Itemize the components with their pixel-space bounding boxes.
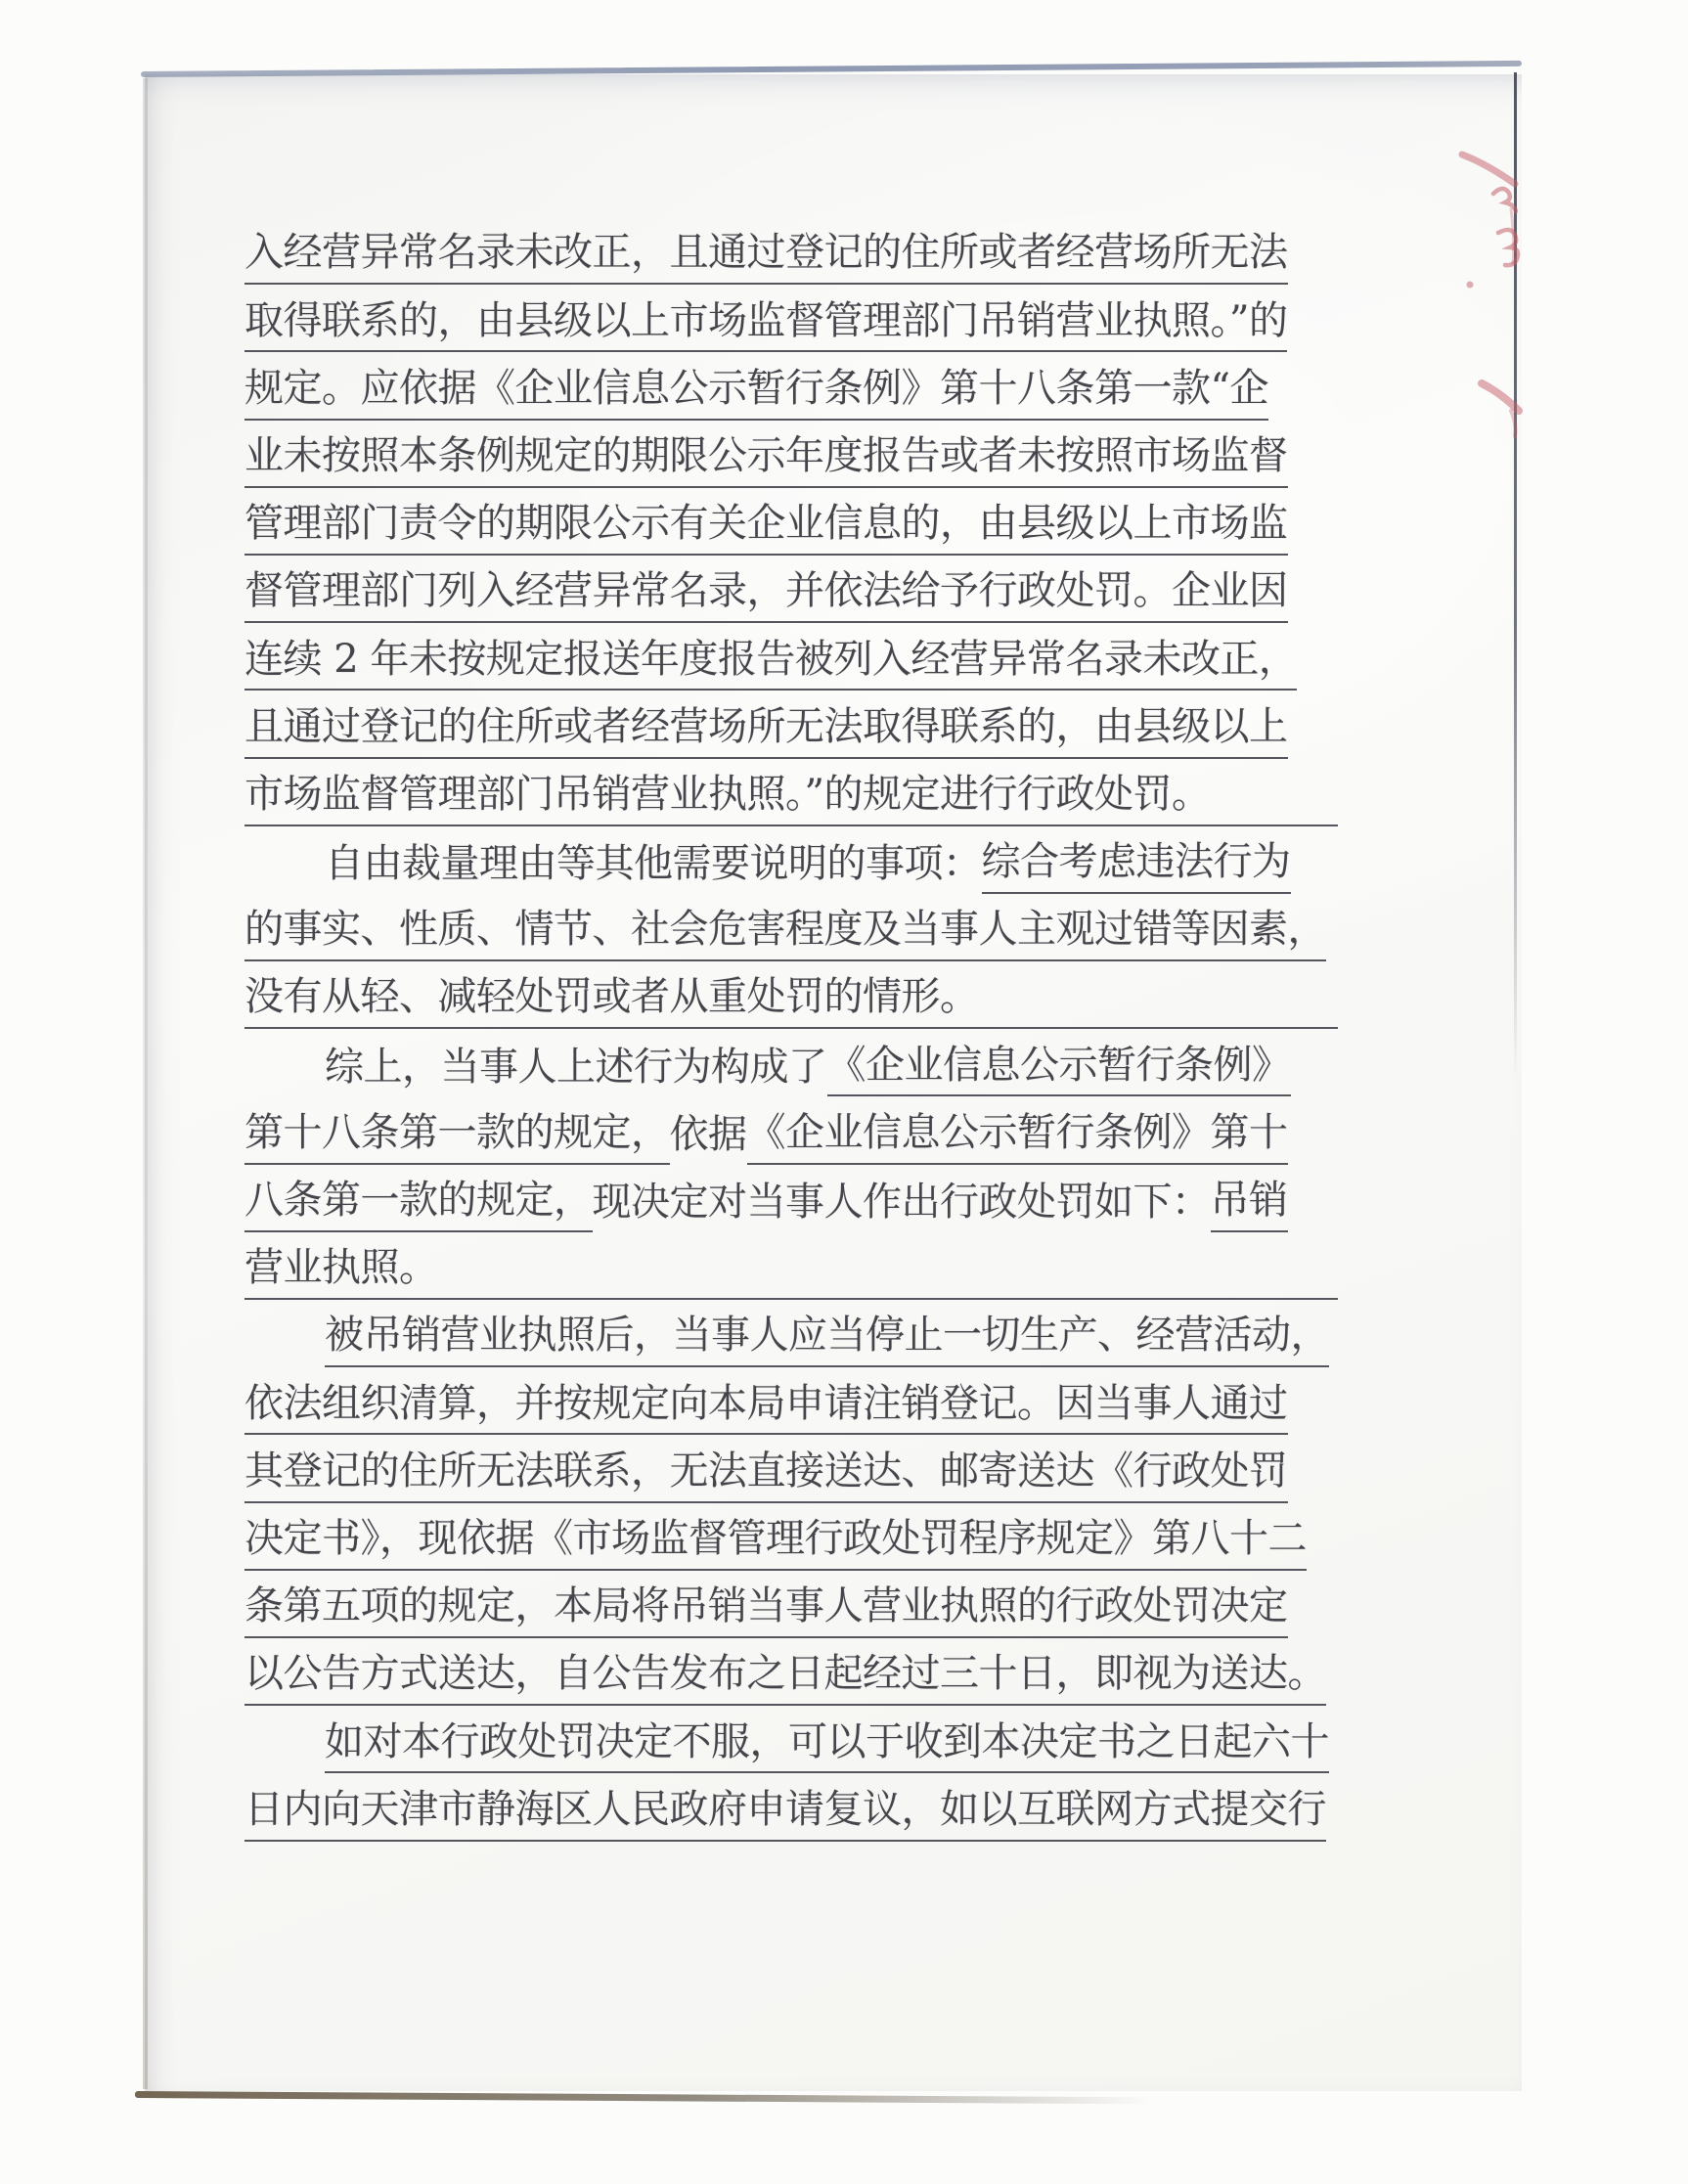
text-line-16: 营业执照。 [244,1232,1338,1300]
filled-underlined-text: 连续 2 年未按规定报送年度报告被列入经营异常名录未改正， [244,638,1297,691]
red-stroke-6 [1511,411,1516,436]
text-line-14: 第十八条第一款的规定，依据《企业信息公示暂行条例》第十 [244,1096,1338,1164]
blank-underline-extension [1210,825,1338,826]
text-line-1: 入经营异常名录未改正，且通过登记的住所或者经营场所无法 [244,217,1338,285]
filled-underlined-text: 营业执照。 [244,1246,438,1300]
red-pen-marks [1394,102,1527,532]
text-line-13: 综上，当事人上述行为构成了《企业信息公示暂行条例》 [244,1029,1338,1096]
text-line-19: 其登记的住所无法联系，无法直接送达、邮寄送达《行政处罚 [244,1435,1338,1502]
text-line-20: 决定书》，现依据《市场监督管理行政处罚程序规定》第八十二 [244,1503,1338,1571]
filled-underlined-text: 管理部门责令的期限公示有关企业信息的，由县级以上市场监 [244,502,1288,556]
filled-underlined-text: 《企业信息公示暂行条例》第十 [747,1111,1288,1165]
text-line-8: 且通过登记的住所或者经营场所无法取得联系的，由县级以上 [244,691,1338,758]
filled-underlined-text: 第十八条第一款的规定， [244,1111,670,1165]
text-line-3: 规定。应依据《企业信息公示暂行条例》第十八条第一款“企 [244,352,1338,420]
paper-left-shadow [143,78,148,2089]
text-line-15: 八条第一款的规定，现决定对当事人作出行政处罚如下：吊销 [244,1165,1338,1232]
text-line-9: 市场监督管理部门吊销营业执照。”的规定进行行政处罚。 [244,759,1338,826]
filled-underlined-text: 没有从轻、减轻处罚或者从重处罚的情形。 [244,975,979,1029]
text-line-18: 依法组织清算，并按规定向本局申请注销登记。因当事人通过 [244,1367,1338,1435]
document-body: 入经营异常名录未改正，且通过登记的住所或者经营场所无法取得联系的，由县级以上市场… [244,217,1338,1842]
blank-underline-extension [438,1298,1339,1300]
text-line-24: 日内向天津市静海区人民政府申请复议，如以互联网方式提交行 [244,1773,1338,1841]
text-line-5: 管理部门责令的期限公示有关企业信息的，由县级以上市场监 [244,488,1338,556]
filled-underlined-text: 以公告方式送达，自公告发布之日起经过三十日，即视为送达。 [244,1652,1326,1706]
scan-top-edge [141,61,1522,77]
text-line-21: 条第五项的规定，本局将吊销当事人营业执照的行政处罚决定 [244,1571,1338,1638]
filled-underlined-text: 八条第一款的规定， [244,1179,593,1232]
printed-form-text: 自由裁量理由等其他需要说明的事项： [325,842,982,894]
red-stroke-5 [1482,383,1519,411]
text-line-10: 自由裁量理由等其他需要说明的事项：综合考虑违法行为 [244,826,1338,894]
filled-underlined-text: 业未按照本条例规定的期限公示年度报告或者未按照市场监督 [244,434,1288,488]
paper-bottom-edge [135,2091,1152,2104]
red-stroke-1 [1462,155,1515,184]
text-line-6: 督管理部门列入经营异常名录，并依法给予行政处罚。企业因 [244,556,1338,623]
filled-underlined-text: 依法组织清算，并按规定向本局申请注销登记。因当事人通过 [244,1382,1288,1436]
filled-underlined-text: 规定。应依据《企业信息公示暂行条例》第十八条第一款“企 [244,367,1268,421]
red-stroke-2 [1493,189,1516,211]
red-stroke-4 [1511,209,1514,263]
filled-underlined-text: 市场监督管理部门吊销营业执照。”的规定进行行政处罚。 [244,773,1210,826]
filled-underlined-text: 入经营异常名录未改正，且通过登记的住所或者经营场所无法 [244,231,1288,285]
filled-underlined-text: 条第五项的规定，本局将吊销当事人营业执照的行政处罚决定 [244,1584,1288,1638]
filled-underlined-text: 日内向天津市静海区人民政府申请复议，如以互联网方式提交行 [244,1788,1326,1842]
filled-underlined-text: 其登记的住所无法联系，无法直接送达、邮寄送达《行政处罚 [244,1449,1288,1503]
blank-underline-extension [979,1027,1339,1029]
printed-form-text: 综上，当事人上述行为构成了 [325,1046,827,1097]
filled-underlined-text: 督管理部门列入经营异常名录，并依法给予行政处罚。企业因 [244,569,1288,623]
paper-sheet: 入经营异常名录未改正，且通过登记的住所或者经营场所无法取得联系的，由县级以上市场… [145,74,1522,2091]
text-line-4: 业未按照本条例规定的期限公示年度报告或者未按照市场监督 [244,421,1338,488]
red-dot [1467,282,1474,289]
text-line-23: 如对本行政处罚决定不服，可以于收到本决定书之日起六十 [244,1706,1338,1773]
filled-underlined-text: 《企业信息公示暂行条例》 [827,1044,1291,1097]
text-line-17: 被吊销营业执照后，当事人应当停止一切生产、经营活动， [244,1300,1338,1367]
printed-form-text: 现决定对当事人作出行政处罚如下： [593,1181,1211,1232]
text-line-22: 以公告方式送达，自公告发布之日起经过三十日，即视为送达。 [244,1638,1338,1706]
filled-underlined-text: 被吊销营业执照后，当事人应当停止一切生产、经营活动， [325,1314,1329,1367]
text-line-7: 连续 2 年未按规定报送年度报告被列入经营异常名录未改正， [244,623,1338,691]
filled-underlined-text: 取得联系的，由县级以上市场监督管理部门吊销营业执照。”的 [244,299,1287,353]
filled-underlined-text: 且通过登记的住所或者经营场所无法取得联系的，由县级以上 [244,705,1288,759]
text-line-12: 没有从轻、减轻处罚或者从重处罚的情形。 [244,961,1338,1029]
filled-underlined-text: 吊销 [1211,1179,1288,1232]
text-line-11: 的事实、性质、情节、社会危害程度及当事人主观过错等因素， [244,894,1338,961]
filled-underlined-text: 如对本行政处罚决定不服，可以于收到本决定书之日起六十 [325,1720,1329,1774]
printed-form-text: 依据 [670,1113,747,1165]
filled-underlined-text: 决定书》，现依据《市场监督管理行政处罚程序规定》第八十二 [244,1517,1307,1571]
filled-underlined-text: 综合考虑违法行为 [982,840,1291,894]
text-line-2: 取得联系的，由县级以上市场监督管理部门吊销营业执照。”的 [244,285,1338,352]
filled-underlined-text: 的事实、性质、情节、社会危害程度及当事人主观过错等因素， [244,908,1326,961]
